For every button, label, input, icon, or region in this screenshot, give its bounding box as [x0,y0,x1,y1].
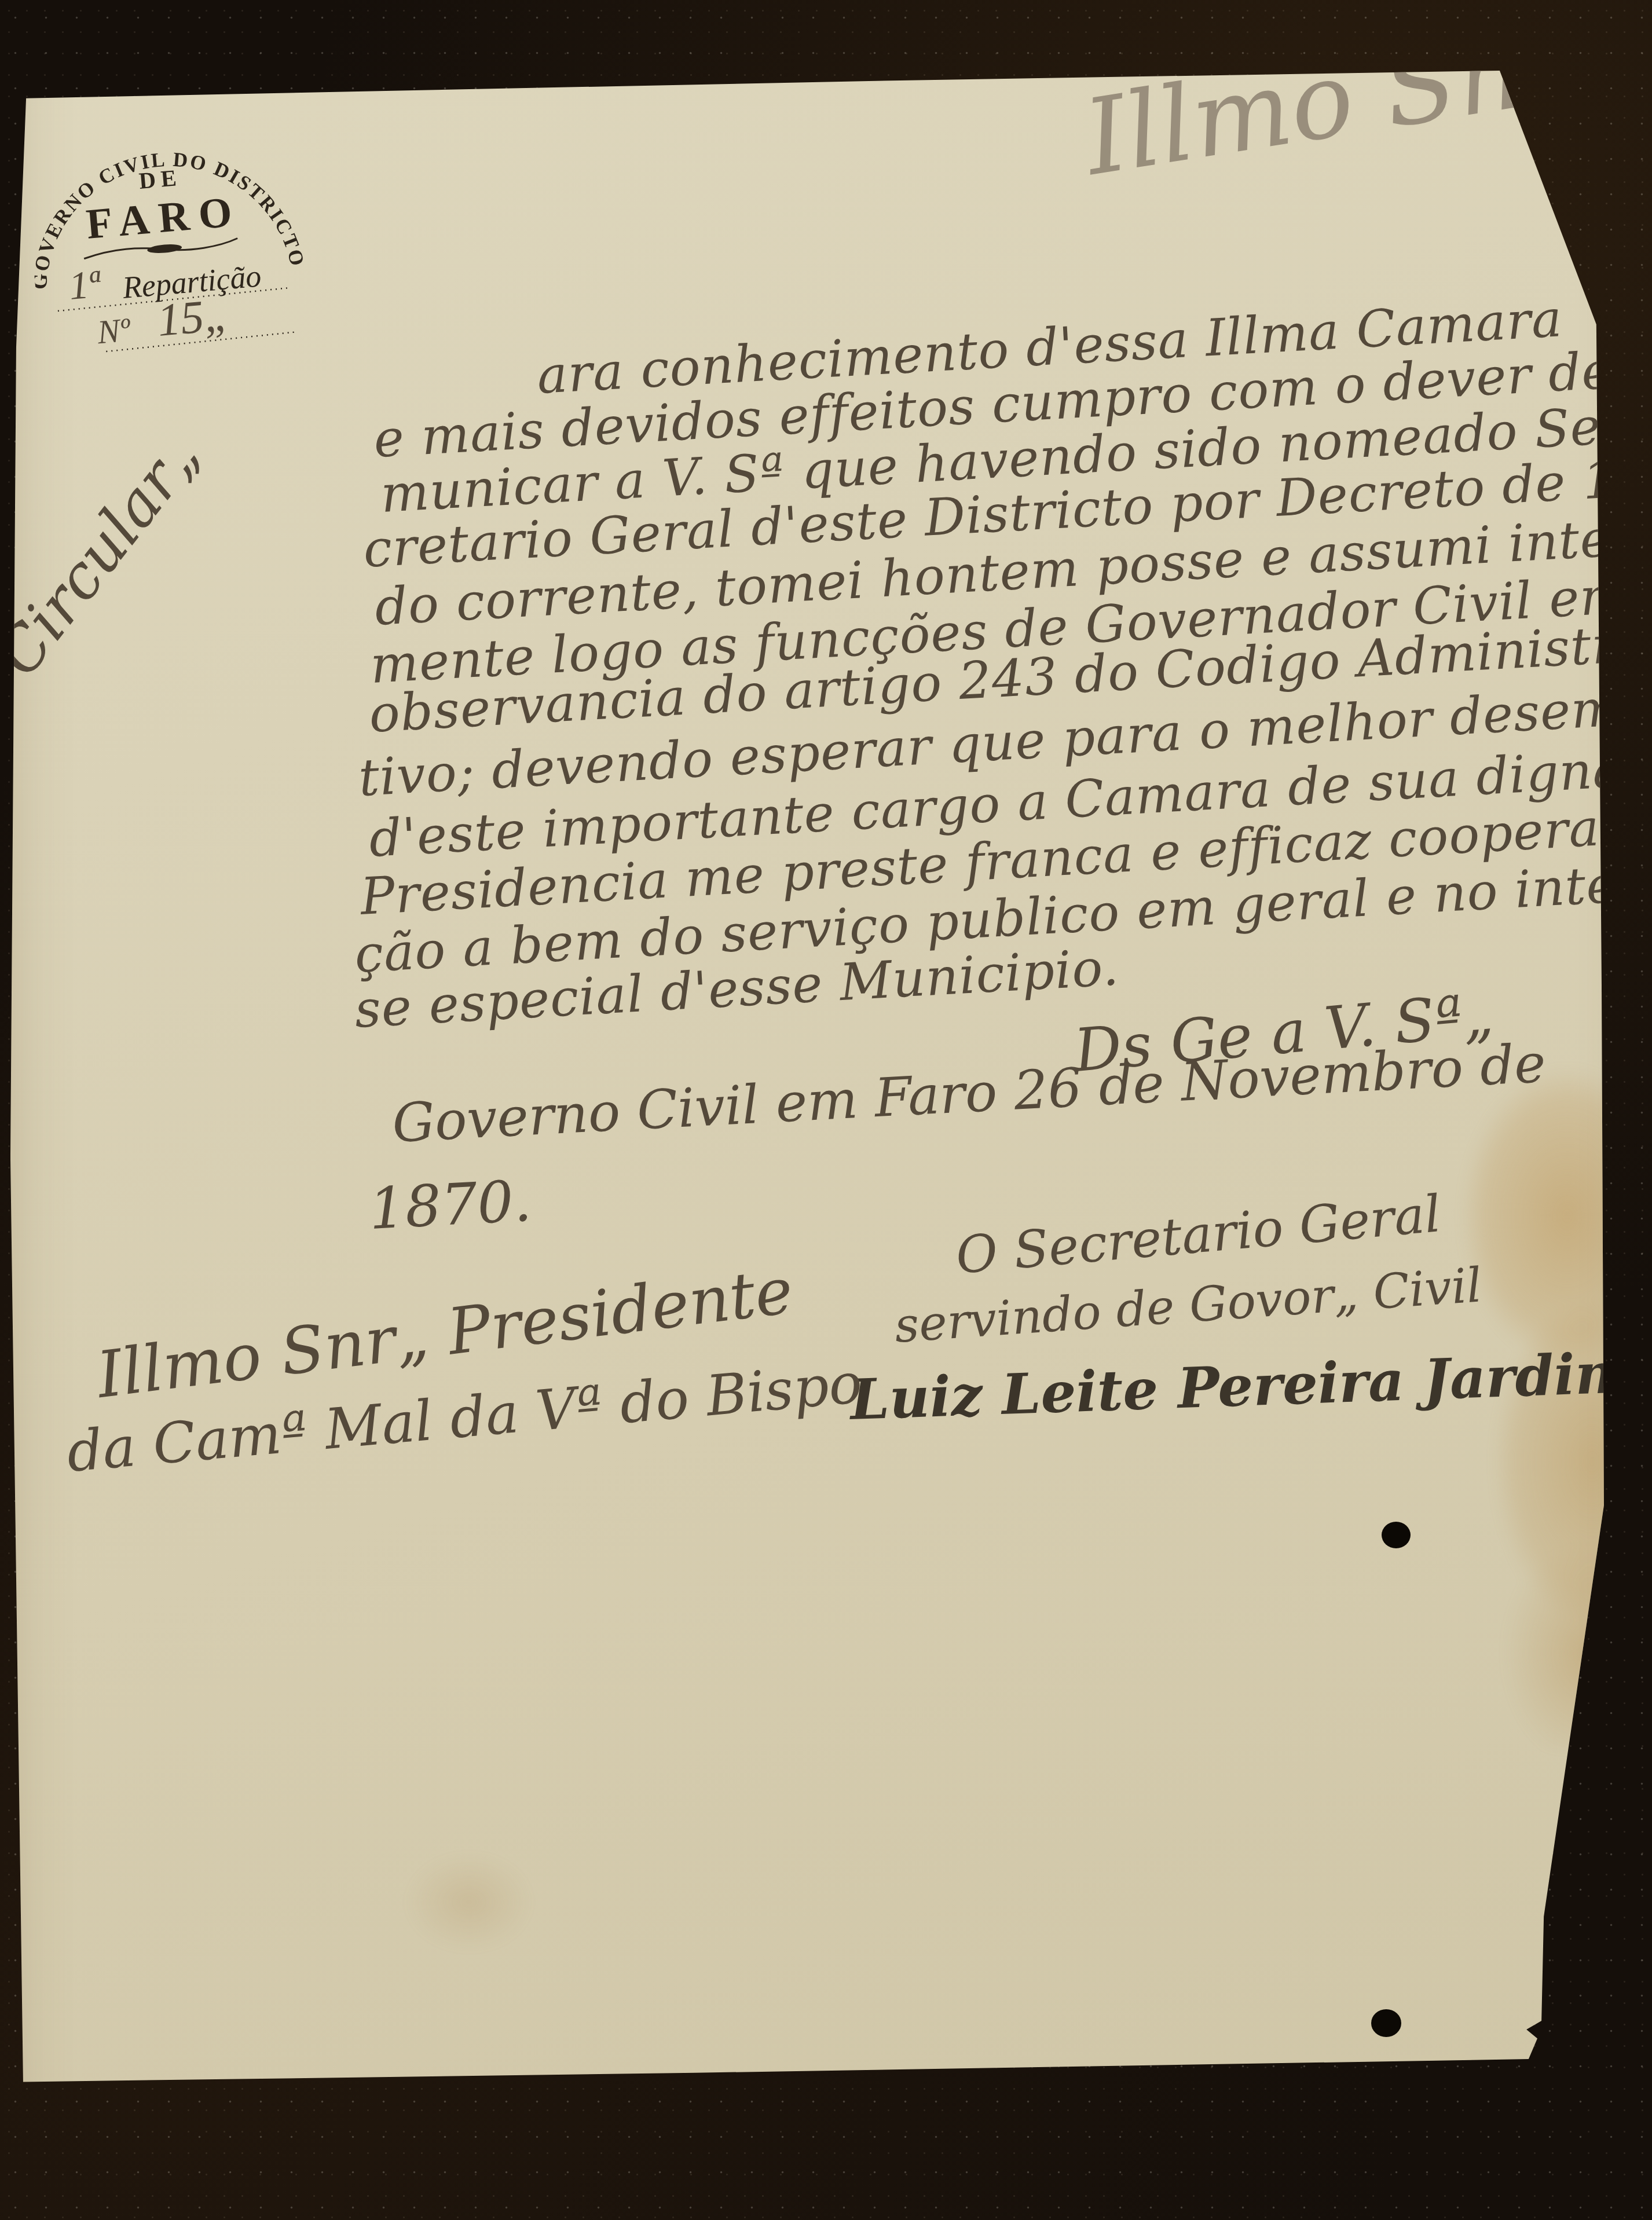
margin-note-circular: Circular„ [0,424,210,686]
corner-pen-mark [0,0,174,87]
pencil-salutation: Illmo Snr„ [1078,3,1633,191]
punch-hole-lower [1371,2009,1401,2037]
pencil-flourish-lines [0,0,174,87]
signature: Luiz Leite Pereira Jardim [849,1345,1635,1428]
punch-hole-upper [1382,1522,1411,1548]
office-stamp: GOVERNO CIVIL DO DISTRICTO DE FARO 1ª Re… [22,110,314,370]
document-paper: GOVERNO CIVIL DO DISTRICTO DE FARO 1ª Re… [0,0,1652,2220]
stamp-number-value: 15„ [155,289,232,346]
stamp-divider-knot [147,243,182,254]
dateline-year: 1870. [368,1173,533,1238]
photo-background: GOVERNO CIVIL DO DISTRICTO DE FARO 1ª Re… [0,0,1652,2220]
stamp-faro: FARO [84,188,243,248]
stain-bottom-left-faint [405,1853,533,1951]
stamp-number-label: Nº [96,310,133,351]
dateline: Governo Civil em Faro 26 de Novembro de [391,1037,1547,1151]
stamp-repartition-number: 1ª [67,261,103,308]
stamp-de: DE [138,164,182,194]
drop-cap-flourish [0,0,174,87]
